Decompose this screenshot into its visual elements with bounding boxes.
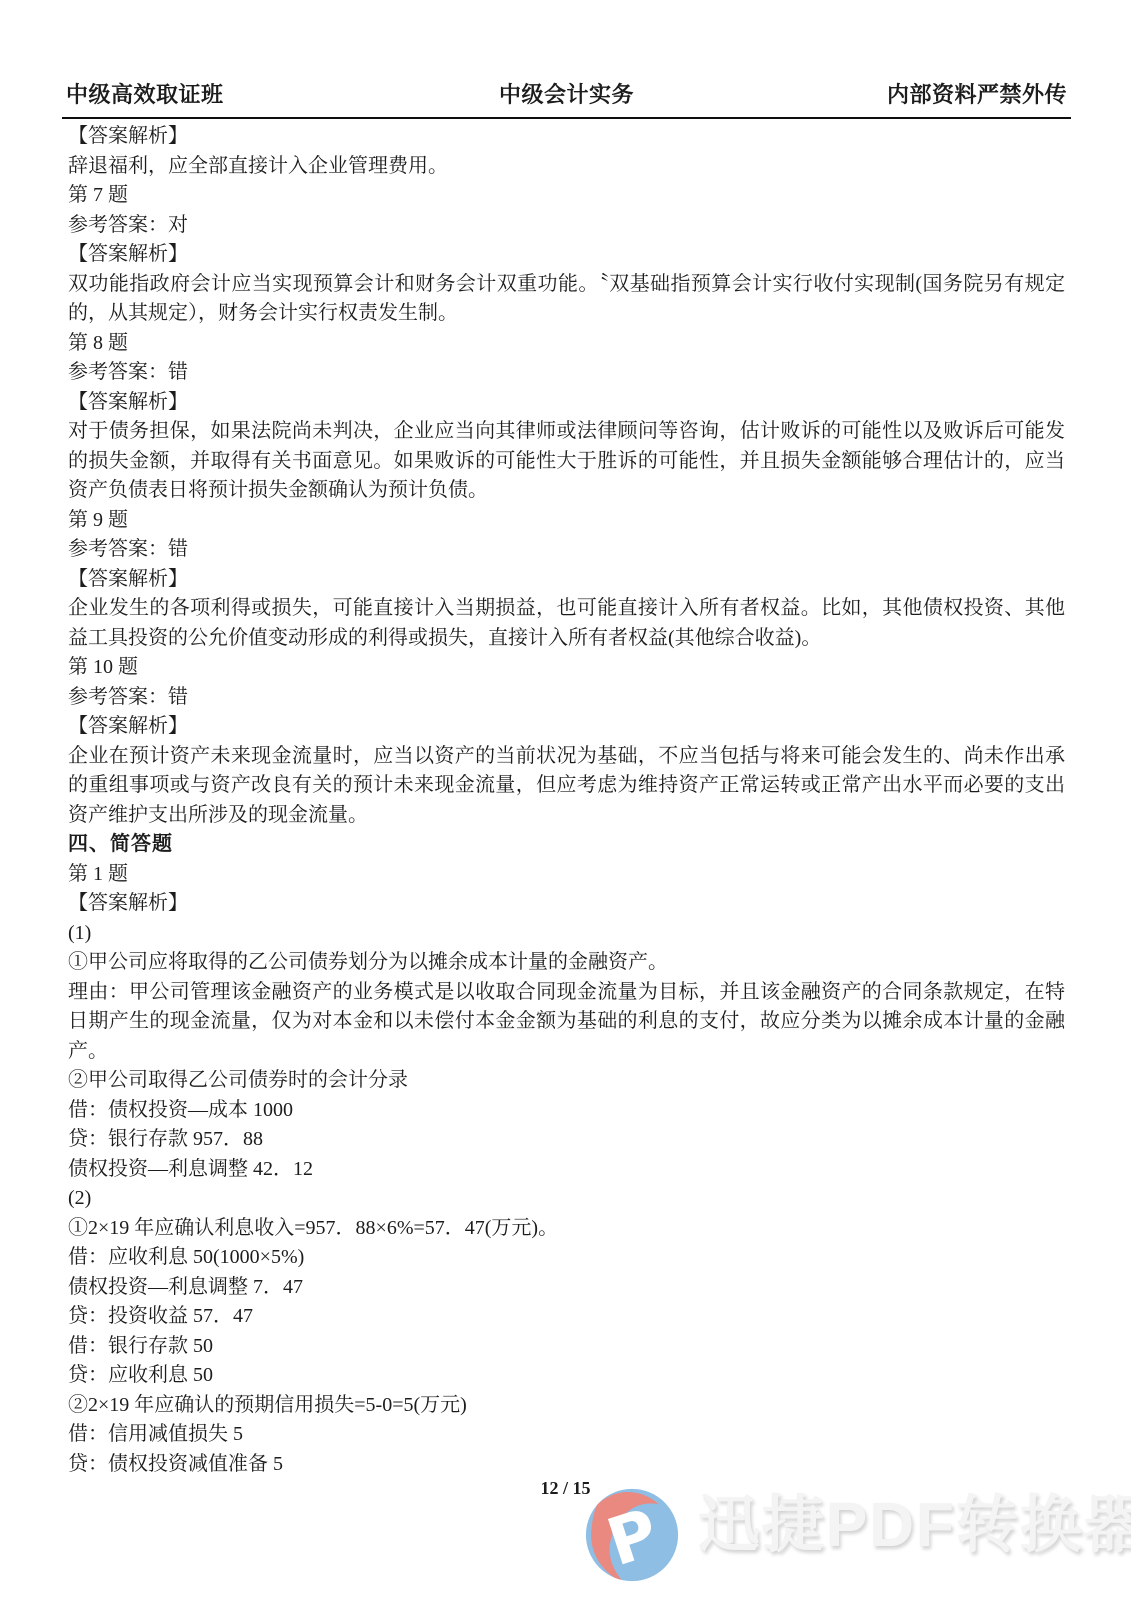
text-line: 借：应收利息 50(1000×5%): [68, 1243, 1065, 1273]
header-confidential-notice: 内部资料严禁外传: [634, 78, 1067, 109]
text-line: 【答案解析】: [68, 712, 1065, 742]
text-line: 的损失金额，并取得有关书面意见。如果败诉的可能性大于胜诉的可能性，并且损失金额能…: [68, 447, 1065, 477]
text-line: 第 10 题: [68, 653, 1065, 683]
text-line: 参考答案：错: [68, 535, 1065, 565]
text-line: 益工具投资的公允价值变动形成的利得或损失，直接计入所有者权益(其他综合收益)。: [68, 624, 1065, 654]
text-line: 企业发生的各项利得或损失，可能直接计入当期损益，也可能直接计入所有者权益。比如，…: [68, 594, 1065, 624]
text-line: ②2×19 年应确认的预期信用损失=5-0=5(万元): [68, 1391, 1065, 1421]
document-body: 【答案解析】辞退福利，应全部直接计入企业管理费用。第 7 题参考答案：对【答案解…: [68, 122, 1065, 1479]
text-line: 企业在预计资产未来现金流量时，应当以资产的当前状况为基础，不应当包括与将来可能会…: [68, 742, 1065, 772]
text-line: 资产维护支出所涉及的现金流量。: [68, 801, 1065, 831]
text-line: 双功能指政府会计应当实现预算会计和财务会计双重功能。〝双基础指预算会计实行收付实…: [68, 270, 1065, 300]
text-line: 【答案解析】: [68, 388, 1065, 418]
watermark-text: 迅捷PDF转换器: [698, 1495, 1131, 1557]
text-line: (1): [68, 919, 1065, 949]
text-line: 【答案解析】: [68, 240, 1065, 270]
text-line: 借：信用减值损失 5: [68, 1420, 1065, 1450]
text-line: 资产负债表日将预计损失金额确认为预计负债。: [68, 476, 1065, 506]
text-line: 的重组事项或与资产改良有关的预计未来现金流量，但应考虑为维持资产正常运转或正常产…: [68, 771, 1065, 801]
page-number: 12 / 15: [540, 1478, 590, 1498]
text-line: 【答案解析】: [68, 565, 1065, 595]
watermark: P 迅捷PDF转换器: [584, 1487, 1131, 1583]
text-line: 四、简答题: [68, 830, 1065, 860]
text-line: 日期产生的现金流量，仅为对本金和以未偿付本金金额为基础的利息的支付，故应分类为以…: [68, 1007, 1065, 1037]
text-line: 辞退福利，应全部直接计入企业管理费用。: [68, 152, 1065, 182]
text-line: 借：债权投资—成本 1000: [68, 1096, 1065, 1126]
text-line: 【答案解析】: [68, 889, 1065, 919]
text-line: ①甲公司应将取得的乙公司债券划分为以摊余成本计量的金融资产。: [68, 948, 1065, 978]
text-line: 贷：银行存款 957．88: [68, 1125, 1065, 1155]
text-line: 对于债务担保，如果法院尚未判决，企业应当向其律师或法律顾问等咨询，估计败诉的可能…: [68, 417, 1065, 447]
header-course-name: 中级高效取证班: [66, 78, 499, 109]
text-line: 第 8 题: [68, 329, 1065, 359]
page-header: 中级高效取证班 中级会计实务 内部资料严禁外传: [62, 78, 1071, 119]
text-line: 理由：甲公司管理该金融资产的业务模式是以收取合同现金流量为目标，并且该金融资产的…: [68, 978, 1065, 1008]
text-line: 的，从其规定），财务会计实行权责发生制。: [68, 299, 1065, 329]
pdf-converter-logo-icon: P: [584, 1487, 680, 1583]
text-line: ①2×19 年应确认利息收入=957．88×6%=57．47(万元)。: [68, 1214, 1065, 1244]
text-line: 第 1 题: [68, 860, 1065, 890]
text-line: 参考答案：对: [68, 211, 1065, 241]
text-line: 贷：投资收益 57．47: [68, 1302, 1065, 1332]
text-line: 产。: [68, 1037, 1065, 1067]
text-line: 贷：应收利息 50: [68, 1361, 1065, 1391]
text-line: 参考答案：错: [68, 683, 1065, 713]
text-line: ②甲公司取得乙公司债券时的会计分录: [68, 1066, 1065, 1096]
text-line: 债权投资—利息调整 7．47: [68, 1273, 1065, 1303]
text-line: 【答案解析】: [68, 122, 1065, 152]
text-line: 债权投资—利息调整 42．12: [68, 1155, 1065, 1185]
text-line: (2): [68, 1184, 1065, 1214]
header-subject-title: 中级会计实务: [499, 78, 634, 109]
text-line: 参考答案：错: [68, 358, 1065, 388]
document-page: 中级高效取证班 中级会计实务 内部资料严禁外传 【答案解析】辞退福利，应全部直接…: [0, 0, 1131, 1600]
text-line: 贷：债权投资减值准备 5: [68, 1450, 1065, 1480]
text-line: 第 7 题: [68, 181, 1065, 211]
page-footer: 12 / 15: [0, 1478, 1131, 1499]
text-line: 第 9 题: [68, 506, 1065, 536]
text-line: 借：银行存款 50: [68, 1332, 1065, 1362]
